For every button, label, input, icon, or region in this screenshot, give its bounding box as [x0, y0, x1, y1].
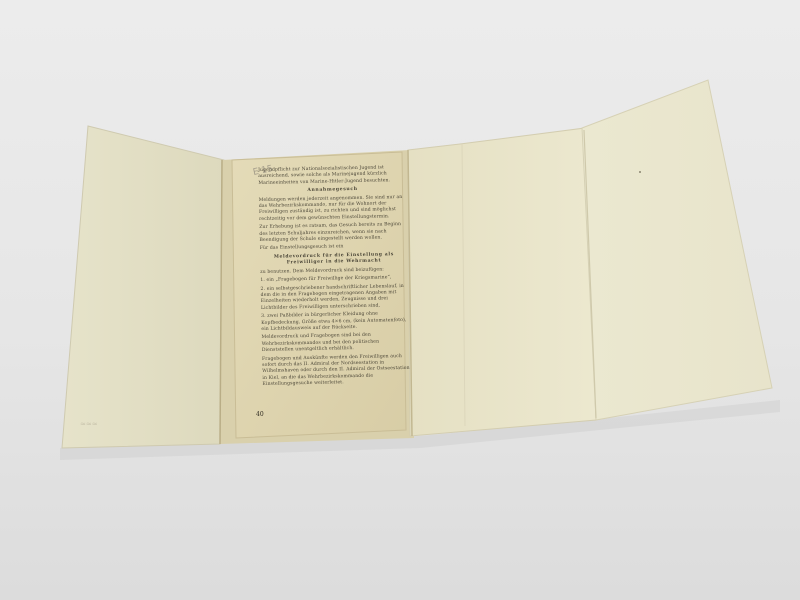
left-pencil-note: ≈≈≈ [80, 420, 98, 428]
middle-panel [408, 128, 596, 436]
paragraph: Fragebogen und Auskünfte werden den Frei… [262, 353, 411, 388]
list-item: 2. ein selbstgeschriebener handschriftli… [260, 283, 409, 312]
paragraph: Meldevordruck und Fragebogen sind bei de… [262, 332, 410, 354]
list-item: 3. zwei Paßbilder in bürgerlicher Kleidu… [261, 311, 409, 333]
right-flap [582, 80, 772, 420]
paragraph: Jugendpflicht zur Nationalsozialistische… [258, 165, 406, 187]
printed-text-block: Jugendpflicht zur Nationalsozialistische… [258, 165, 411, 391]
page-number: 40 [256, 411, 264, 418]
paragraph: Meldungen werden jederzeit angenommen. S… [259, 195, 408, 224]
photo-scene: E 15 ≈≈≈ Jugendpflicht zur Nationalsozia… [0, 0, 800, 600]
left-flap [62, 126, 224, 448]
heading: Meldevordruck für die Einstellung als Fr… [260, 252, 408, 268]
paragraph: Zur Erhebung ist es ratsam, das Gesuch b… [259, 222, 407, 244]
